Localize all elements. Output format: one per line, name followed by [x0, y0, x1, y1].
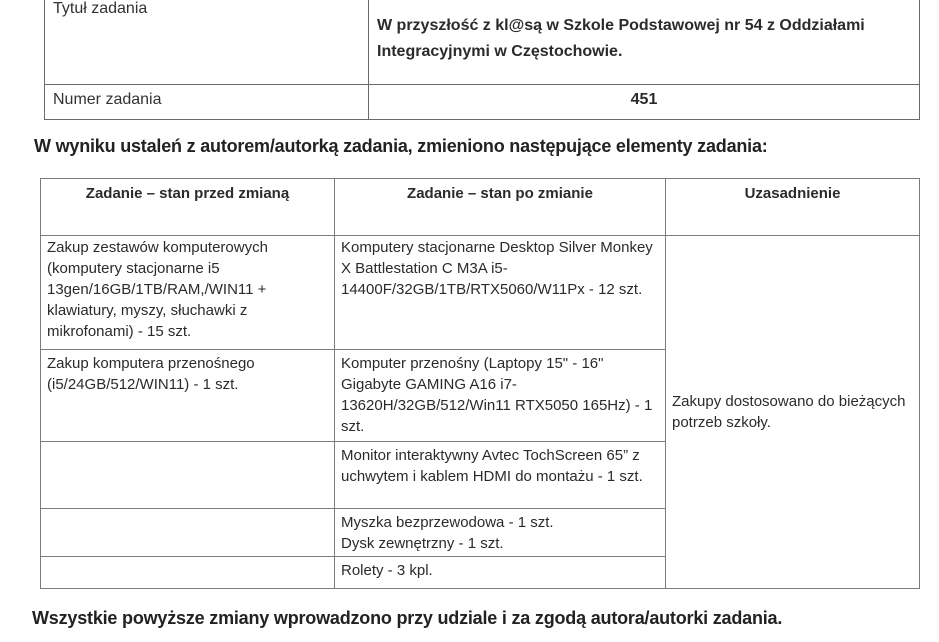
task-number-label: Numer zadania — [45, 85, 369, 120]
cell-before: Zakup komputera przenośnego (i5/24GB/512… — [41, 350, 335, 442]
cell-after: Komputery stacjonarne Desktop Silver Mon… — [335, 236, 666, 350]
cell-before: Zakup zestawów komputerowych (komputery … — [41, 236, 335, 350]
cell-after: Komputer przenośny (Laptopy 15" - 16" Gi… — [335, 350, 666, 442]
cell-justification: Zakupy dostosowano do bieżących potrzeb … — [666, 236, 920, 589]
changes-heading: W wyniku ustaleń z autorem/autorką zadan… — [34, 136, 768, 157]
task-number-row: Numer zadania 451 — [45, 85, 920, 120]
task-title-label: Tytuł zadania — [45, 0, 369, 85]
justification-text: Zakupy dostosowano do bieżących potrzeb … — [672, 391, 913, 433]
task-title-value: W przyszłość z kl@są w Szkole Podstawowe… — [369, 0, 920, 85]
cell-before — [41, 442, 335, 509]
task-info-table: Tytuł zadania W przyszłość z kl@są w Szk… — [44, 0, 920, 120]
cell-before — [41, 509, 335, 557]
task-title-row: Tytuł zadania W przyszłość z kl@są w Szk… — [45, 0, 920, 85]
header-before: Zadanie – stan przed zmianą — [41, 179, 335, 236]
task-number-value: 451 — [369, 85, 920, 120]
changes-table: Zadanie – stan przed zmianą Zadanie – st… — [40, 178, 920, 589]
cell-before — [41, 557, 335, 589]
header-after: Zadanie – stan po zmianie — [335, 179, 666, 236]
table-row: Zakup zestawów komputerowych (komputery … — [41, 236, 920, 350]
consent-footer: Wszystkie powyższe zmiany wprowadzono pr… — [32, 608, 782, 629]
cell-after: Monitor interaktywny Avtec TochScreen 65… — [335, 442, 666, 509]
changes-table-header: Zadanie – stan przed zmianą Zadanie – st… — [41, 179, 920, 236]
cell-after: Rolety - 3 kpl. — [335, 557, 666, 589]
header-justification: Uzasadnienie — [666, 179, 920, 236]
cell-after: Myszka bezprzewodowa - 1 szt. Dysk zewnę… — [335, 509, 666, 557]
